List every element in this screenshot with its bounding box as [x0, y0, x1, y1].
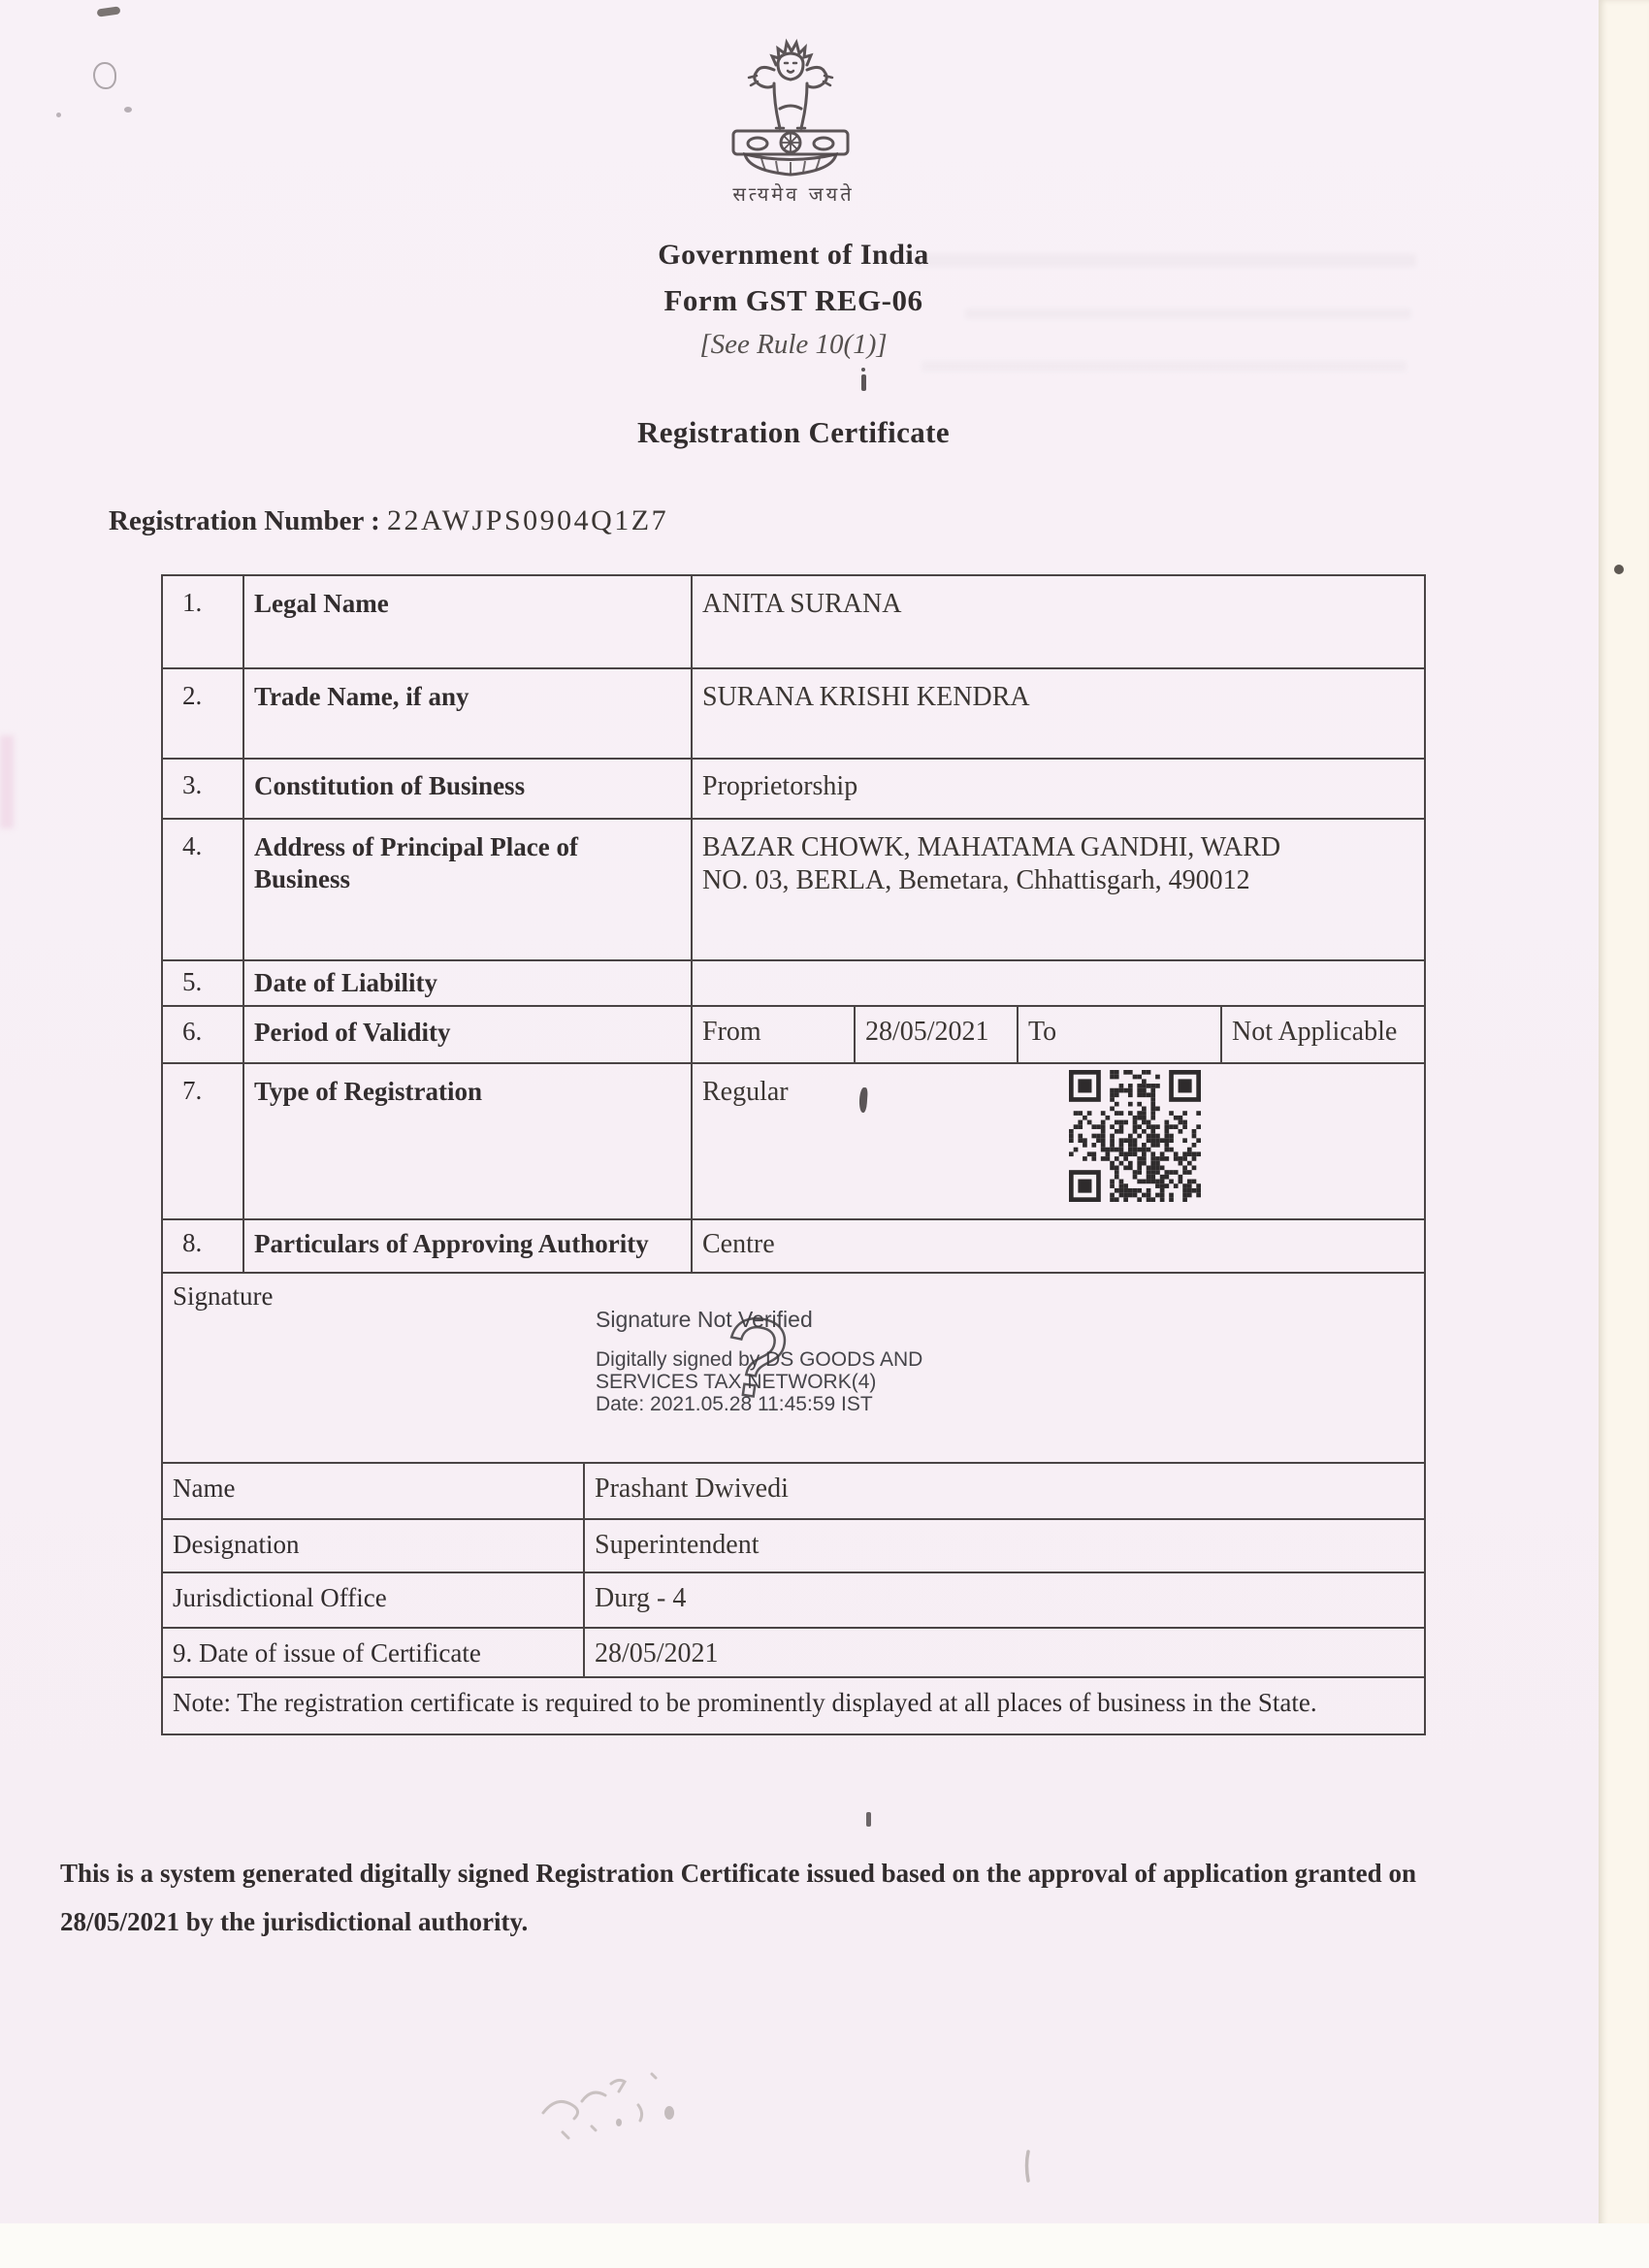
row-label: Address of Principal Place of Business [244, 820, 693, 959]
table-row-trade-name: 2. Trade Name, if any SURANA KRISHI KEND… [163, 669, 1424, 760]
officer-value: Prashant Dwivedi [585, 1464, 1424, 1518]
table-row-address: 4. Address of Principal Place of Busines… [163, 820, 1424, 961]
row-number: 7. [163, 1064, 244, 1218]
footer-statement: This is a system generated digitally sig… [60, 1849, 1416, 1946]
certificate-table: 1. Legal Name ANITA SURANA 2. Trade Name… [161, 574, 1426, 1735]
heading-title: Registration Certificate [0, 415, 1587, 450]
row-label: Date of Liability [244, 961, 693, 1005]
officer-value: 28/05/2021 [585, 1629, 1424, 1676]
heading-government: Government of India [0, 239, 1587, 272]
row-label: Period of Validity [244, 1007, 693, 1062]
scanned-certificate-page: सत्यमेव जयते Government of India Form GS… [0, 0, 1649, 2268]
emblem-motto: सत्यमेव जयते [0, 180, 1587, 207]
officer-label: Name [163, 1464, 585, 1518]
officer-row-jurisdictional-office: Jurisdictional Office Durg - 4 [163, 1573, 1424, 1629]
officer-label: Designation [163, 1520, 585, 1571]
table-row-legal-name: 1. Legal Name ANITA SURANA [163, 576, 1424, 669]
heading-rule-ref: [See Rule 10(1)] [0, 329, 1587, 361]
table-row-type-of-registration: 7. Type of Registration Regular [163, 1064, 1424, 1220]
note-row: Note: The registration certificate is re… [163, 1678, 1424, 1733]
signature-validity-question-mark-icon: ? [716, 1305, 803, 1421]
row-number: 5. [163, 961, 244, 1005]
scan-speck [56, 113, 61, 117]
officer-label: Jurisdictional Office [163, 1573, 585, 1627]
row-label: Trade Name, if any [244, 669, 693, 758]
row-value [693, 961, 1424, 1005]
scan-ink-mark [861, 374, 866, 391]
scan-speck [124, 107, 132, 113]
scan-streak [0, 735, 14, 828]
row-value: Centre [693, 1220, 1424, 1272]
row-value: Regular [693, 1064, 1424, 1218]
registration-number-label: Registration Number : [109, 505, 380, 536]
row-label: Legal Name [244, 576, 693, 667]
registration-number-value: 22AWJPS0904Q1Z7 [387, 504, 668, 536]
signature-section: Signature Signature Not Verified Digital… [163, 1274, 1424, 1464]
india-national-emblem-icon [718, 19, 863, 179]
row-number: 1. [163, 576, 244, 667]
row-value: BAZAR CHOWK, MAHATAMA GANDHI, WARD NO. 0… [693, 820, 1424, 959]
table-row-date-of-liability: 5. Date of Liability [163, 961, 1424, 1007]
pencil-smudge [524, 2055, 795, 2171]
row-number: 3. [163, 760, 244, 818]
scan-speck [93, 62, 116, 89]
table-row-approving-authority: 8. Particulars of Approving Authority Ce… [163, 1220, 1424, 1274]
officer-value: Durg - 4 [585, 1573, 1424, 1627]
officer-value: Superintendent [585, 1520, 1424, 1571]
svg-text:?: ? [716, 1305, 794, 1421]
table-row-period-of-validity: 6. Period of Validity From 28/05/2021 To… [163, 1007, 1424, 1064]
address-value: BAZAR CHOWK, MAHATAMA GANDHI, WARD NO. 0… [702, 831, 1284, 897]
row-label: Particulars of Approving Authority [244, 1220, 693, 1272]
row-value: ANITA SURANA [693, 576, 1424, 667]
validity-to-value: Not Applicable [1222, 1007, 1424, 1062]
officer-row-date-of-issue: 9. Date of issue of Certificate 28/05/20… [163, 1629, 1424, 1678]
row-value: Proprietorship [693, 760, 1424, 818]
qr-code-icon [1069, 1070, 1201, 1202]
officer-row-name: Name Prashant Dwivedi [163, 1464, 1424, 1520]
row-label: Type of Registration [244, 1064, 693, 1218]
pencil-smudge [1018, 2150, 1038, 2183]
row-label: Constitution of Business [244, 760, 693, 818]
validity-to-label: To [1018, 1007, 1222, 1062]
scan-paper-edge-right [1599, 0, 1649, 2268]
row-number: 8. [163, 1220, 244, 1272]
scan-speck [97, 6, 121, 16]
officer-row-designation: Designation Superintendent [163, 1520, 1424, 1573]
backside-bleedthrough [921, 361, 1406, 372]
registration-number-line: Registration Number : 22AWJPS0904Q1Z7 [109, 504, 668, 537]
row-value: SURANA KRISHI KENDRA [693, 669, 1424, 758]
row-number: 2. [163, 669, 244, 758]
heading-form-name: Form GST REG-06 [0, 283, 1587, 318]
row-number: 6. [163, 1007, 244, 1062]
table-row-constitution: 3. Constitution of Business Proprietorsh… [163, 760, 1424, 820]
officer-label: 9. Date of issue of Certificate [163, 1629, 585, 1676]
row-number: 4. [163, 820, 244, 959]
scan-paper-edge-bottom [0, 2223, 1649, 2268]
validity-from-label: From [693, 1007, 856, 1062]
validity-from-value: 28/05/2021 [856, 1007, 1018, 1062]
scan-ink-mark [866, 1812, 871, 1827]
